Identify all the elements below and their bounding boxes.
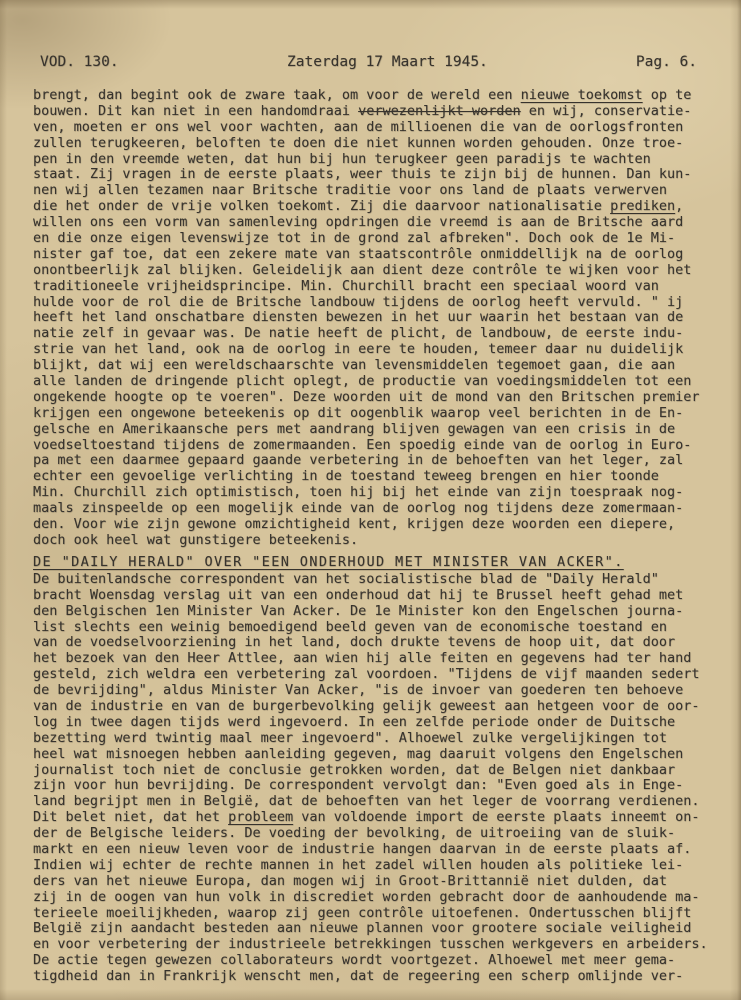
text-line: het bezoek van den Heer Attlee, aan wien… [33,651,741,667]
article-body-text: De buitenlandsche correspondent van het … [33,572,741,985]
text-line: van de voedselvoorziening in het land, d… [33,635,741,651]
text-line: De buitenlandsche correspondent van het … [33,572,741,588]
text-line: Min. Churchill zich optimistisch, toen h… [33,485,741,501]
text-line: nister gaf toe, dat een zekere mate van … [33,247,741,263]
text-line: brengt, dan begint ook de zware taak, om… [33,88,741,104]
text-line: Dit belet niet, dat het probleem van vol… [33,810,741,826]
text-line: alle landen de dringende plicht oplegt, … [33,374,741,390]
text-line: zullen terugkeeren, beloften te doen die… [33,136,741,152]
text-line: markt en een nieuw leven voor de industr… [33,842,741,858]
text-line: zij in de oogen van hun volk in discredi… [33,890,741,906]
text-line: gesteld, zich weldra een verbetering zal… [33,667,741,683]
text-line: België zijn aandacht besteden aan nieuwe… [33,921,741,937]
text-line: land begrijpt men in België, dat de beho… [33,794,741,810]
text-line: De actie tegen gewezen collaborateurs wo… [33,953,741,969]
text-line: bracht Woensdag verslag uit van een onde… [33,588,741,604]
document-header: VOD. 130. Zaterdag 17 Maart 1945. Pag. 6… [40,52,705,72]
text-line: die het onder de vrije volken toekomt. Z… [33,199,741,215]
text-line: staat. Zij vragen in de eerste plaats, w… [33,167,741,183]
issue-number: VOD. 130. [40,52,119,72]
text-line: blijkt, dat wij een wereldschaarschte va… [33,358,741,374]
text-line: ven, moeten er ons wel voor wachten, aan… [33,120,741,136]
text-line: maals zinspeelde op een mogelijk einde v… [33,501,741,517]
text-line: den Belgischen 1en Minister Van Acker. D… [33,604,741,620]
text-line: natie zelf in gevaar was. De natie heeft… [33,326,741,342]
text-line: onontbeerlijk zal blijken. Geleidelijk a… [33,263,741,279]
text-line: zijn voor hun bevrijding. De corresponde… [33,778,741,794]
issue-date: Zaterdag 17 Maart 1945. [287,52,488,72]
text-line: gelsche en Amerikaansche pers met aandra… [33,422,741,438]
text-line: echter een gevoelige verlichting in de t… [33,469,741,485]
text-line: Indien wij echter de rechte mannen in he… [33,858,741,874]
text-line: doch ook heel wat gunstigere beteekenis. [33,533,741,549]
text-line: heel wat misnoegen hebben aanleiding geg… [33,747,741,763]
text-line: bezetting werd twintig maal meer ingevoe… [33,731,741,747]
text-line: heeft het land onschatbare diensten bewe… [33,310,741,326]
article-heading: DE "DAILY HERALD" OVER "EEN ONDERHOUD ME… [33,554,741,570]
text-line: pa met een daarmee gepaard gaande verbet… [33,453,741,469]
text-line: den. Voor wie zijn gewone omzichtigheid … [33,517,741,533]
text-line: ders van het nieuwe Europa, dan mogen wi… [33,874,741,890]
text-line: list slechts een weinig bemoedigend beel… [33,620,741,636]
text-line: nen wij allen tezamen naar Britsche trad… [33,183,741,199]
text-line: log in twee dagen tijds werd ingevoerd. … [33,715,741,731]
text-line: krijgen een ongewone beteekenis op dit o… [33,406,741,422]
text-line: bouwen. Dit kan niet in een handomdraai … [33,104,741,120]
text-line: strie van het land, ook na de oorlog in … [33,342,741,358]
page-number: Pag. 6. [636,52,697,72]
text-line: en die onze eigen levenswijze tot in de … [33,231,741,247]
text-line: de bevrijding", aldus Minister Van Acker… [33,683,741,699]
text-line: en voor verbetering der industrieele bet… [33,937,741,953]
text-line: der de Belgische leiders. De voeding der… [33,826,741,842]
text-line: willen ons een vorm van samenleving opdr… [33,215,741,231]
continued-article-text: brengt, dan begint ook de zware taak, om… [33,88,741,549]
text-line: tigdheid dan in Frankrijk wenscht men, d… [33,969,741,985]
text-line: van de industrie en van de burgerbevolki… [33,699,741,715]
text-line: traditioneele vrijheidsprincipe. Min. Ch… [33,279,741,295]
text-line: ongekende hoogte op te voeren". Deze woo… [33,390,741,406]
document-page: VOD. 130. Zaterdag 17 Maart 1945. Pag. 6… [0,0,741,1000]
